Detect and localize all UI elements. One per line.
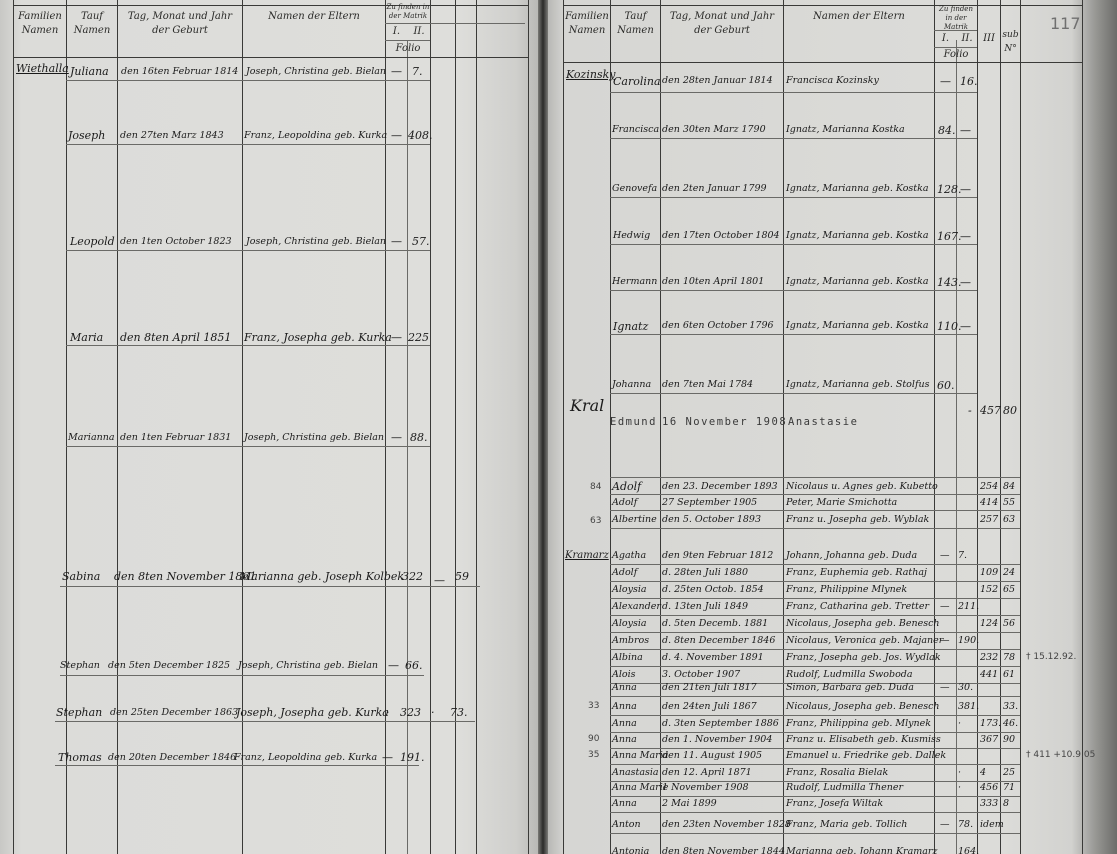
rule bbox=[610, 581, 1020, 582]
header-given-name: Tauf Namen bbox=[67, 10, 117, 38]
rule bbox=[1020, 0, 1021, 854]
vol-2: 78. bbox=[958, 819, 973, 830]
rule bbox=[610, 197, 977, 198]
vol-2: 164. bbox=[958, 846, 979, 854]
vol-3: 441 bbox=[980, 669, 998, 680]
given-name: Anna bbox=[612, 701, 637, 712]
family-name: Kozinsky bbox=[566, 68, 615, 81]
header-vol-2: II. bbox=[957, 32, 977, 46]
rule bbox=[610, 393, 977, 394]
birth-date: den 2ten Januar 1799 bbox=[662, 183, 767, 194]
rule bbox=[13, 0, 14, 854]
vol-2: — bbox=[960, 276, 971, 289]
left-page: Familien Namen Tauf Namen Tag, Monat und… bbox=[0, 0, 538, 854]
sub-no: 59 bbox=[455, 570, 469, 583]
birth-date: d. 5ten Decemb. 1881 bbox=[662, 618, 768, 629]
given-name: Stephan bbox=[56, 706, 102, 719]
rule bbox=[563, 5, 1082, 6]
given-name: Joseph bbox=[68, 129, 105, 142]
family-name: Kramarz bbox=[565, 550, 609, 561]
given-name: Albertine bbox=[612, 514, 657, 525]
vol-3: 173. bbox=[980, 718, 1001, 729]
rule bbox=[934, 0, 935, 854]
vol-1: — bbox=[391, 331, 402, 344]
vol-1: — bbox=[391, 129, 402, 142]
rule bbox=[563, 0, 564, 854]
parents: Franz, Josepha geb. Jos. Wydlak bbox=[786, 652, 941, 663]
sub-no: 61 bbox=[1003, 669, 1015, 680]
rule bbox=[610, 615, 1020, 616]
rule bbox=[610, 528, 1020, 529]
given-name: Hermann bbox=[612, 276, 657, 287]
given-name: Adolf bbox=[612, 567, 637, 578]
vol-1: — bbox=[382, 751, 393, 764]
sub-no: 25 bbox=[1003, 767, 1015, 778]
rule bbox=[610, 92, 977, 93]
folio: 322 bbox=[402, 570, 423, 583]
parents: Nicolaus, Josepha geb. Benesch bbox=[786, 701, 940, 712]
rule bbox=[385, 0, 386, 854]
parents: Franz, Catharina geb. Tretter bbox=[786, 601, 929, 612]
vol-2: 190. bbox=[958, 635, 979, 646]
given-name: Sabina bbox=[62, 570, 100, 583]
vol-3: 152 bbox=[980, 584, 998, 595]
margin-number: 90 bbox=[588, 734, 599, 744]
vol-1: — bbox=[391, 65, 402, 78]
sub-no: 78 bbox=[1003, 652, 1015, 663]
rule bbox=[610, 649, 1020, 650]
parents: Rudolf, Ludmilla Thener bbox=[786, 782, 903, 793]
vol-3: — bbox=[434, 574, 445, 587]
birth-date: d. 13ten Juli 1849 bbox=[662, 601, 748, 612]
sub-no: 55 bbox=[1003, 497, 1015, 508]
parents: Simon, Barbara geb. Duda bbox=[786, 682, 914, 693]
given-name: Agatha bbox=[612, 550, 646, 561]
page-number: 117 bbox=[1050, 14, 1081, 33]
birth-date: d. 25ten Octob. 1854 bbox=[662, 584, 764, 595]
rule bbox=[660, 0, 661, 854]
given-name: Anastasia bbox=[612, 767, 659, 778]
vol-2: 16. bbox=[960, 75, 978, 88]
given-name: Aloysia bbox=[612, 584, 647, 595]
vol-1: — bbox=[940, 75, 951, 88]
header-matrik: Zu finden in der Matrik bbox=[386, 3, 430, 21]
given-name: Ignatz bbox=[613, 320, 648, 333]
parents: Marianna geb. Johann Kramarz bbox=[786, 846, 937, 854]
sub-no: 65 bbox=[1003, 584, 1015, 595]
given-name: Hedwig bbox=[613, 230, 650, 241]
vol-1: — bbox=[940, 635, 950, 646]
header-parents: Namen der Eltern bbox=[243, 10, 385, 24]
header-family-name: Familien Namen bbox=[14, 10, 66, 38]
rule bbox=[610, 138, 977, 139]
vol-1: 128. bbox=[937, 183, 962, 196]
book-gutter bbox=[538, 0, 548, 854]
rule bbox=[60, 675, 424, 676]
birth-date: den 8ten April 1851 bbox=[120, 331, 231, 344]
birth-date: 27 September 1905 bbox=[662, 497, 757, 508]
rule bbox=[610, 764, 1020, 765]
birth-date: d. 28ten Juli 1880 bbox=[662, 567, 748, 578]
rule bbox=[385, 40, 430, 41]
header-vol-1: I. bbox=[935, 32, 956, 46]
rule bbox=[242, 0, 243, 854]
parents: Joseph, Christina geb. Bielan bbox=[246, 66, 386, 77]
folio: 408. bbox=[408, 129, 433, 142]
rule bbox=[55, 765, 419, 766]
vol-1: — bbox=[940, 601, 950, 612]
rule bbox=[1082, 0, 1083, 854]
parents: Joseph, Christina geb. Bielan bbox=[244, 432, 384, 443]
vol-2: - bbox=[968, 404, 972, 417]
birth-date: den 24ten Juli 1867 bbox=[662, 701, 757, 712]
annotation: † 411 +10.9.05 bbox=[1026, 750, 1095, 760]
header-folio: Folio bbox=[386, 42, 430, 56]
annotation: † 15.12.92. bbox=[1026, 652, 1076, 662]
vol-1: — bbox=[391, 431, 402, 444]
vol-2: 211. bbox=[958, 601, 979, 612]
parents: Franz u. Josepha geb. Wyblak bbox=[786, 514, 929, 525]
given-name: Marianna bbox=[68, 432, 115, 443]
parents: Ignatz, Marianna geb. Stolfus bbox=[786, 379, 929, 390]
given-name: Anna bbox=[612, 798, 637, 809]
header-folio: Folio bbox=[935, 48, 977, 62]
vol-3: 457 bbox=[980, 404, 1001, 417]
given-name: Adolf bbox=[612, 480, 641, 493]
parents: Nicolaus, Veronica geb. Majaner bbox=[786, 635, 943, 646]
margin-number: 35 bbox=[588, 750, 599, 760]
given-name: Anna bbox=[612, 718, 637, 729]
birth-date: den 5ten December 1825 bbox=[108, 660, 230, 671]
parents: Anastasie bbox=[788, 416, 858, 428]
birth-date: 1 November 1908 bbox=[662, 782, 749, 793]
sub-no: 63 bbox=[1003, 514, 1015, 525]
rule bbox=[66, 80, 430, 81]
vol-3: 414 bbox=[980, 497, 998, 508]
parents: Marianna geb. Joseph Kolbek bbox=[240, 570, 404, 583]
vol-1: 143. bbox=[937, 276, 962, 289]
given-name: Leopold bbox=[70, 235, 115, 248]
given-name: Johanna bbox=[612, 379, 651, 390]
birth-date: den 5. October 1893 bbox=[662, 514, 761, 525]
vol-1: — bbox=[940, 682, 950, 693]
birth-date: den 9ten Februar 1812 bbox=[662, 550, 773, 561]
given-name: Adolf bbox=[612, 497, 637, 508]
birth-date: den 23ten November 1828 bbox=[662, 819, 791, 830]
rule bbox=[610, 715, 1020, 716]
rule bbox=[610, 796, 1020, 797]
given-name: Aloysia bbox=[612, 618, 647, 629]
header-given-name: Tauf Namen bbox=[611, 10, 660, 38]
rule bbox=[610, 833, 1020, 834]
parents: Franz, Josepha geb. Kurka bbox=[244, 331, 392, 344]
rule bbox=[610, 334, 977, 335]
rule bbox=[610, 477, 1020, 478]
birth-date: 3. October 1907 bbox=[662, 669, 740, 680]
birth-date: 16 November 1908 bbox=[662, 416, 787, 428]
parents: Ignatz, Marianna geb. Kostka bbox=[786, 320, 929, 331]
vol-1: — bbox=[940, 550, 950, 561]
rule bbox=[385, 23, 525, 24]
given-name: Ambros bbox=[612, 635, 649, 646]
margin-number: 84 bbox=[590, 482, 601, 492]
given-name: Genovefa bbox=[612, 183, 657, 194]
birth-date: den 8ten November 1861 bbox=[114, 570, 256, 583]
rule bbox=[610, 290, 977, 291]
given-name: Anna bbox=[612, 734, 637, 745]
vol-1: 110. bbox=[937, 320, 962, 333]
rule bbox=[610, 244, 977, 245]
birth-date: d. 3ten September 1886 bbox=[662, 718, 779, 729]
rule bbox=[66, 345, 430, 346]
rule bbox=[407, 40, 408, 854]
rule bbox=[610, 812, 1020, 813]
given-name: Anton bbox=[612, 819, 641, 830]
margin-number: 33 bbox=[588, 701, 599, 711]
sub-no: 46. bbox=[1003, 718, 1018, 729]
given-name: Antonia bbox=[612, 846, 649, 854]
sub-no: 56 bbox=[1003, 618, 1015, 629]
header-vol-3: III bbox=[978, 32, 1000, 46]
folio: 323 bbox=[400, 706, 421, 719]
vol-3: idem bbox=[980, 819, 1004, 830]
rule bbox=[66, 0, 67, 854]
vol-1: · bbox=[386, 706, 390, 719]
rule bbox=[977, 0, 978, 854]
rule bbox=[60, 586, 480, 587]
birth-date: den 1ten October 1823 bbox=[120, 236, 232, 247]
rule bbox=[610, 564, 1020, 565]
rule bbox=[476, 0, 477, 854]
birth-date: den 12. April 1871 bbox=[662, 767, 752, 778]
rule bbox=[563, 62, 1082, 63]
birth-date: den 11. August 1905 bbox=[662, 750, 762, 761]
parents: Franz u. Elisabeth geb. Kusmiss bbox=[786, 734, 941, 745]
parents: Joseph, Christina geb. Bielan bbox=[246, 236, 386, 247]
header-vol-1: I. bbox=[386, 25, 407, 39]
birth-date: den 17ten October 1804 bbox=[662, 230, 780, 241]
vol-2: 7. bbox=[958, 550, 967, 561]
given-name: Stephan bbox=[60, 660, 100, 671]
folio: 66. bbox=[405, 659, 423, 672]
parents: Rudolf, Ludmilla Swoboda bbox=[786, 669, 913, 680]
birth-date: d. 8ten December 1846 bbox=[662, 635, 775, 646]
header-family-name: Familien Namen bbox=[564, 10, 610, 38]
rule bbox=[528, 0, 529, 854]
parents: Nicolaus, Josepha geb. Benesch bbox=[786, 618, 940, 629]
vol-3: 232 bbox=[980, 652, 998, 663]
given-name: Juliana bbox=[70, 65, 109, 78]
register-spread: Familien Namen Tauf Namen Tag, Monat und… bbox=[0, 0, 1117, 854]
family-name: Kral bbox=[570, 396, 604, 415]
parents: Franz, Josefa Wiltak bbox=[786, 798, 883, 809]
given-name: Anna Marie bbox=[612, 782, 668, 793]
parents: Franz, Philippine Mlynek bbox=[786, 584, 907, 595]
given-name: Carolina bbox=[613, 75, 661, 88]
birth-date: den 16ten Februar 1814 bbox=[121, 66, 238, 77]
vol-2: — bbox=[960, 320, 971, 333]
given-name: Thomas bbox=[58, 751, 102, 764]
given-name: Maria bbox=[70, 331, 103, 344]
given-name: Anna bbox=[612, 682, 637, 693]
rule bbox=[610, 732, 1020, 733]
vol-3: 367 bbox=[980, 734, 998, 745]
birth-date: den 25ten December 1863 bbox=[110, 707, 238, 718]
vol-3: 254 bbox=[980, 481, 998, 492]
vol-1: — bbox=[940, 819, 950, 830]
right-page: Familien Namen Tauf Namen Tag, Monat und… bbox=[548, 0, 1117, 854]
sub-no: 80 bbox=[1003, 404, 1017, 417]
vol-2: · bbox=[958, 782, 961, 793]
parents: Franz, Leopoldina geb. Kurka bbox=[244, 130, 387, 141]
rule bbox=[13, 5, 528, 6]
header-matrik: Zu finden in der Matrik bbox=[935, 5, 977, 32]
header-birth-date: Tag, Monat und Jahr der Geburt bbox=[661, 10, 783, 38]
vol-1: 167. bbox=[937, 230, 962, 243]
header-sub-no: sub N° bbox=[1001, 28, 1020, 56]
given-name: Alois bbox=[612, 669, 636, 680]
sub-no: 90 bbox=[1003, 734, 1015, 745]
margin-number: 63 bbox=[590, 516, 601, 526]
parents: Franz, Rosalia Bielak bbox=[786, 767, 888, 778]
birth-date: den 23. December 1893 bbox=[662, 481, 778, 492]
vol-1: 60. bbox=[937, 379, 955, 392]
folio: 225 bbox=[408, 331, 429, 344]
sub-no: 24 bbox=[1003, 567, 1015, 578]
header-parents: Namen der Eltern bbox=[784, 10, 934, 24]
birth-date: den 21ten Juli 1817 bbox=[662, 682, 757, 693]
vol-2: 30. bbox=[958, 682, 973, 693]
sub-no: 33. bbox=[1003, 701, 1018, 712]
rule bbox=[55, 721, 475, 722]
vol-2: · bbox=[958, 718, 961, 729]
vol-3: · bbox=[431, 706, 435, 719]
vol-1: 84. bbox=[938, 124, 956, 137]
rule bbox=[610, 632, 1020, 633]
header-vol-2: II. bbox=[408, 25, 430, 39]
header-birth-date: Tag, Monat und Jahr der Geburt bbox=[118, 10, 242, 38]
parents: Franz, Philippina geb. Mlynek bbox=[786, 718, 931, 729]
vol-1: — bbox=[388, 659, 399, 672]
parents: Nicolaus u. Agnes geb. Kubetto bbox=[786, 481, 938, 492]
sub-no: 84 bbox=[1003, 481, 1015, 492]
parents: Franz, Euphemia geb. Rathaj bbox=[786, 567, 927, 578]
parents: Ignatz, Marianna geb. Kostka bbox=[786, 276, 929, 287]
vol-3: 124 bbox=[980, 618, 998, 629]
vol-2: — bbox=[960, 230, 971, 243]
vol-3: 456 bbox=[980, 782, 998, 793]
rule bbox=[610, 510, 1020, 511]
folio: 57. bbox=[412, 235, 430, 248]
rule bbox=[117, 0, 118, 854]
parents: Franz, Maria geb. Tollich bbox=[786, 819, 907, 830]
birth-date: den 10ten April 1801 bbox=[662, 276, 764, 287]
parents: Ignatz, Marianna geb. Kostka bbox=[786, 183, 929, 194]
vol-2: — bbox=[960, 124, 971, 137]
parents: Joseph, Christina geb. Bielan bbox=[238, 660, 378, 671]
given-name: Francisca bbox=[612, 124, 659, 135]
vol-2: — bbox=[960, 183, 971, 196]
rule bbox=[610, 748, 1020, 749]
parents: Ignatz, Marianna Kostka bbox=[786, 124, 905, 135]
vol-1: — bbox=[391, 235, 402, 248]
sub-no: 73. bbox=[450, 706, 468, 719]
parents: Joseph, Josepha geb. Kurka bbox=[236, 706, 389, 719]
given-name: Anna Maria bbox=[612, 750, 668, 761]
birth-date: den 28ten Januar 1814 bbox=[662, 75, 773, 86]
rule bbox=[610, 494, 1020, 495]
vol-3: 333 bbox=[980, 798, 998, 809]
birth-date: den 6ten October 1796 bbox=[662, 320, 774, 331]
rule bbox=[610, 666, 1020, 667]
vol-3: 257 bbox=[980, 514, 998, 525]
rule bbox=[66, 250, 430, 251]
birth-date: den 20ten December 1846 bbox=[108, 752, 236, 763]
rule bbox=[455, 0, 456, 854]
given-name: Edmund bbox=[610, 416, 657, 428]
rule bbox=[66, 446, 430, 447]
rule bbox=[610, 696, 1020, 697]
sub-no: 8 bbox=[1003, 798, 1009, 809]
given-name: Alexander bbox=[612, 601, 661, 612]
birth-date: den 8ten November 1844 bbox=[662, 846, 785, 854]
birth-date: d. 4. November 1891 bbox=[662, 652, 764, 663]
birth-date: den 1ten Februar 1831 bbox=[120, 432, 231, 443]
parents: Ignatz, Marianna geb. Kostka bbox=[786, 230, 929, 241]
parents: Francisca Kozinsky bbox=[786, 75, 879, 86]
family-name: Wiethalla bbox=[16, 62, 69, 75]
folio: 88. bbox=[410, 431, 428, 444]
birth-date: den 27ten Marz 1843 bbox=[120, 130, 224, 141]
parents: Emanuel u. Friedrike geb. Dallek bbox=[786, 750, 946, 761]
vol-2: 381. bbox=[958, 701, 979, 712]
birth-date: den 30ten Marz 1790 bbox=[662, 124, 766, 135]
birth-date: den 7ten Mai 1784 bbox=[662, 379, 753, 390]
parents: Franz, Leopoldina geb. Kurka bbox=[234, 752, 377, 763]
birth-date: 2 Mai 1899 bbox=[662, 798, 717, 809]
rule bbox=[66, 144, 430, 145]
given-name: Albina bbox=[612, 652, 643, 663]
birth-date: den 1. November 1904 bbox=[662, 734, 772, 745]
rule bbox=[13, 57, 528, 58]
vol-3: 109 bbox=[980, 567, 998, 578]
parents: Johann, Johanna geb. Duda bbox=[786, 550, 917, 561]
vol-3: 4 bbox=[980, 767, 986, 778]
parents: Peter, Marie Smichotta bbox=[786, 497, 897, 508]
folio: 191. bbox=[400, 751, 425, 764]
folio: 7. bbox=[412, 65, 423, 78]
sub-no: 71 bbox=[1003, 782, 1015, 793]
vol-2: · bbox=[958, 767, 961, 778]
rule bbox=[610, 598, 1020, 599]
